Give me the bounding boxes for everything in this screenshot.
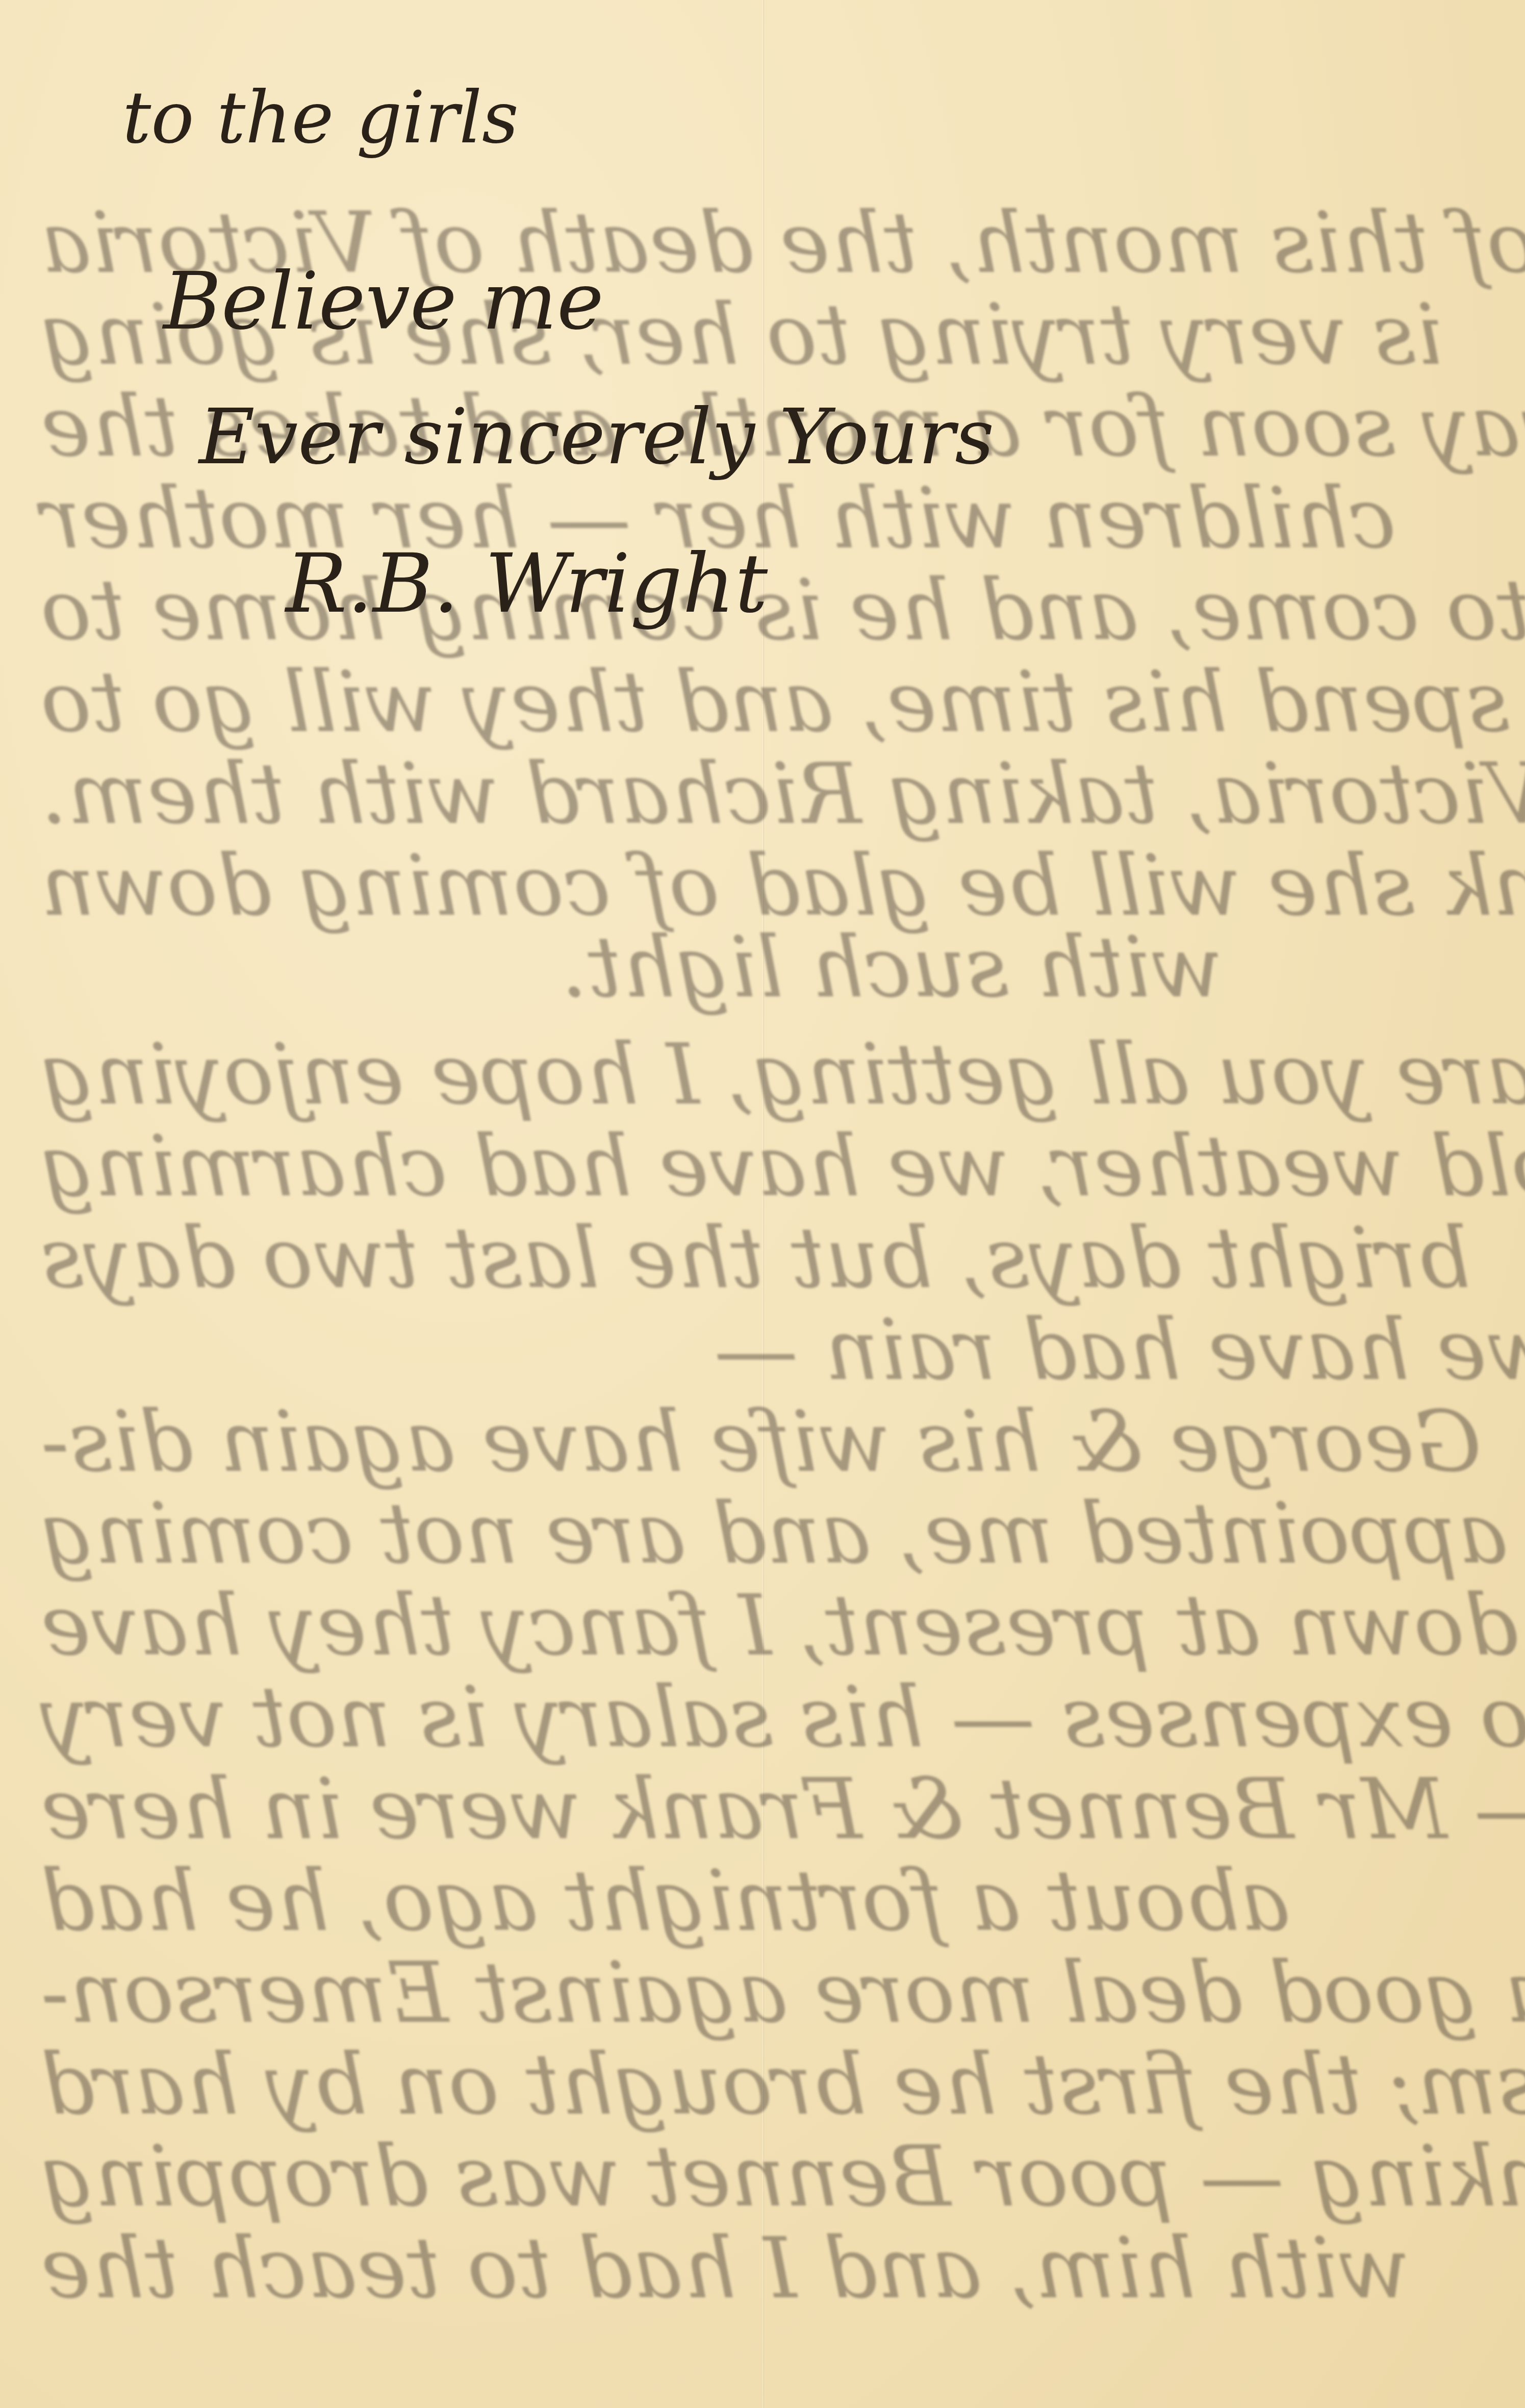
bleed-line: the cold weather, we have had charming (41, 1117, 1525, 1215)
bleed-line: is to come, and he is coming home to (41, 561, 1525, 659)
bleed-line: George & his wife have again dis- (41, 1393, 1482, 1491)
bleed-line: spend his time, and they will go to (41, 653, 1510, 751)
bleed-line: appointed me, and are not coming (41, 1485, 1508, 1583)
closing-line-1: Believe me (163, 255, 604, 347)
bleed-line: large — Mr Bennet & Frank were in here (41, 1760, 1525, 1858)
bleed-line: no expenses — his salary is not very (41, 1668, 1525, 1766)
bleed-line: drinking — poor Bennet was dropping (41, 2127, 1525, 2225)
bleed-line: -ism; the first he brought on by hard (41, 2036, 1525, 2134)
bleed-line: down at present, I fancy they have (41, 1576, 1518, 1674)
bleed-line: about a fortnight ago, he had (41, 1852, 1290, 1950)
bleed-line: with him, and I had to teach the (41, 2219, 1410, 2317)
letter-page: the end of this month, the death of Vict… (0, 0, 1525, 2408)
signature: R.B. Wright (286, 536, 768, 631)
salutation-note: to the girls (122, 77, 519, 160)
bleed-line: with such light. (561, 918, 1223, 1016)
bleed-line: How are you all getting, I hope enjoying (41, 1025, 1525, 1123)
closing-line-2: Ever sincerely Yours (199, 393, 994, 482)
bleed-line: we have had rain — (714, 1301, 1525, 1399)
bleed-line: a good deal more against Emerson- (41, 1944, 1525, 2042)
bleed-line: Victoria, taking Richard with them. (41, 745, 1525, 843)
bleed-line: bright days, but the last two days (41, 1209, 1471, 1307)
